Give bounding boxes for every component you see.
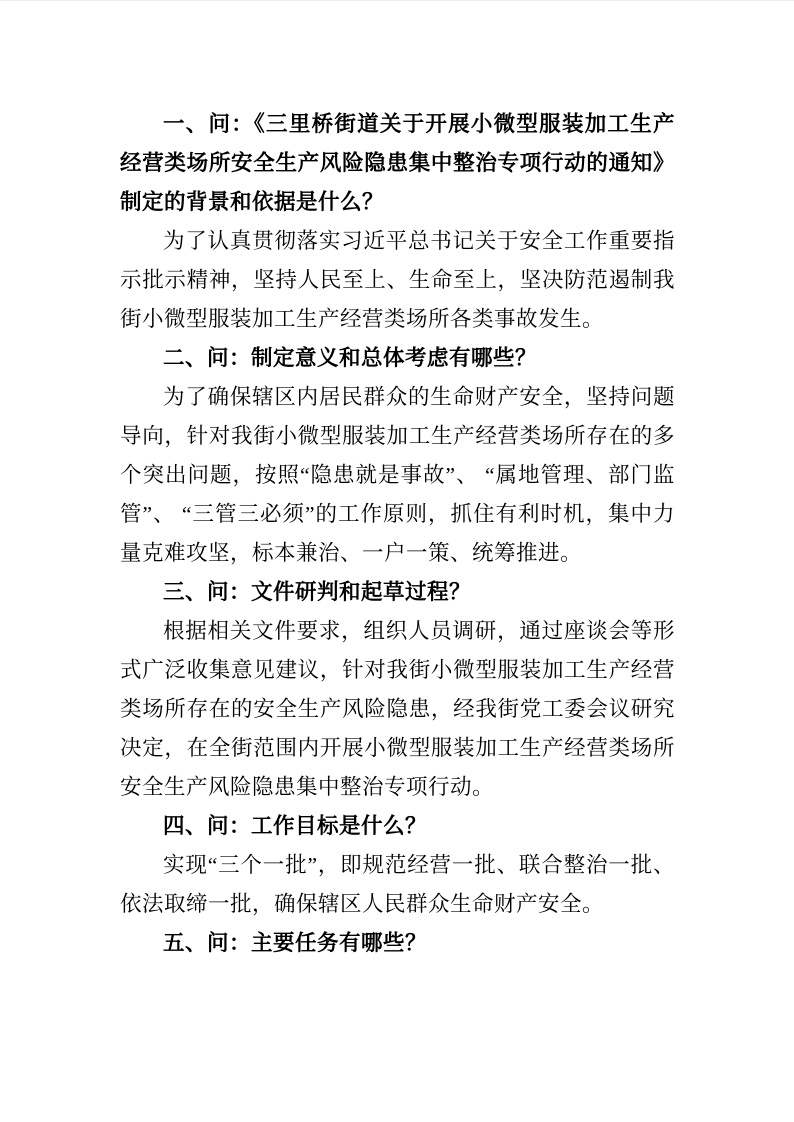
document-body: 一、问：《三里桥街道关于开展小微型服装加工生产经营类场所安全生产风险隐患集中整治… <box>120 105 675 963</box>
answer-paragraph-2: 为了确保辖区内居民群众的生命财产安全，坚持问题导向，针对我街小微型服装加工生产经… <box>120 378 675 573</box>
question-heading-5: 五、问：主要任务有哪些？ <box>120 924 675 963</box>
question-heading-2: 二、问：制定意义和总体考虑有哪些？ <box>120 339 675 378</box>
qa-section-4: 四、问：工作目标是什么？ 实现“三个一批”，即规范经营一批、联合整治一批、依法取… <box>120 807 675 924</box>
qa-section-3: 三、问：文件研判和起草过程？ 根据相关文件要求，组织人员调研，通过座谈会等形式广… <box>120 573 675 807</box>
qa-section-2: 二、问：制定意义和总体考虑有哪些？ 为了确保辖区内居民群众的生命财产安全，坚持问… <box>120 339 675 573</box>
question-heading-4: 四、问：工作目标是什么？ <box>120 807 675 846</box>
qa-section-1: 一、问：《三里桥街道关于开展小微型服装加工生产经营类场所安全生产风险隐患集中整治… <box>120 105 675 339</box>
document-page: 一、问：《三里桥街道关于开展小微型服装加工生产经营类场所安全生产风险隐患集中整治… <box>0 0 794 1122</box>
answer-paragraph-1: 为了认真贯彻落实习近平总书记关于安全工作重要指示批示精神，坚持人民至上、生命至上… <box>120 222 675 339</box>
answer-paragraph-4: 实现“三个一批”，即规范经营一批、联合整治一批、依法取缔一批，确保辖区人民群众生… <box>120 846 675 924</box>
question-heading-1: 一、问：《三里桥街道关于开展小微型服装加工生产经营类场所安全生产风险隐患集中整治… <box>120 105 675 222</box>
qa-section-5: 五、问：主要任务有哪些？ <box>120 924 675 963</box>
question-heading-3: 三、问：文件研判和起草过程？ <box>120 573 675 612</box>
answer-paragraph-3: 根据相关文件要求，组织人员调研，通过座谈会等形式广泛收集意见建议，针对我街小微型… <box>120 612 675 807</box>
